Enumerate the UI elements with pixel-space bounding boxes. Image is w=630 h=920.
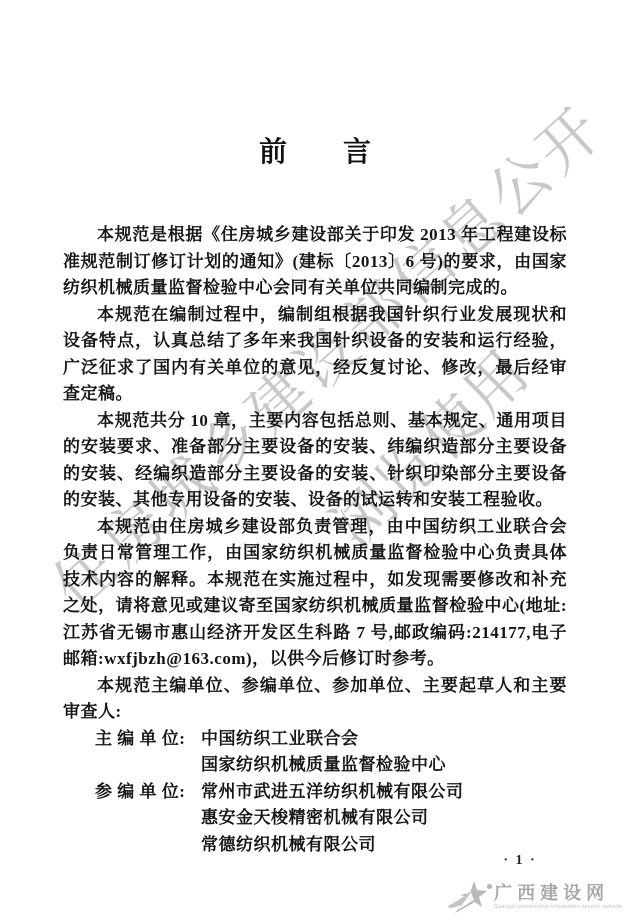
- editor-units: 主 编 单 位: 中国纺织工业联合会 国家纺织机械质量监督检验中心 参 编 单 …: [63, 726, 567, 859]
- co-editor-row: 参 编 单 位: 常州市武进五洋纺织机械有限公司 惠安金天梭精密机械有限公司 常…: [63, 779, 567, 859]
- co-unit: 惠安金天梭精密机械有限公司: [201, 805, 567, 832]
- co-editor-names: 常州市武进五洋纺织机械有限公司 惠安金天梭精密机械有限公司 常德纺织机械有限公司: [201, 779, 567, 859]
- paragraph-management: 本规范由住房城乡建设部负责管理，由中国纺织工业联合会负责日常管理工作，由国家纺织…: [63, 514, 567, 673]
- page-title: 前 言: [63, 136, 567, 170]
- page-content: 前 言 本规范是根据《住房城乡建设部关于印发 2013 年工程建设标准规范制订修…: [63, 0, 567, 858]
- logo-dot: [487, 884, 492, 889]
- document-page: 住房城乡建设部信息公开 浏览使用 前 言 本规范是根据《住房城乡建设部关于印发 …: [0, 0, 630, 920]
- logo-tagline: Guangxi construction information service…: [494, 905, 622, 910]
- co-editor-label: 参 编 单 位:: [95, 779, 201, 859]
- logo-wordmark: 广西建设网: [494, 884, 622, 902]
- chief-unit: 中国纺织工业联合会: [201, 726, 567, 753]
- chief-editor-names: 中国纺织工业联合会 国家纺织机械质量监督检验中心: [201, 726, 567, 779]
- paragraph-basis: 本规范是根据《住房城乡建设部关于印发 2013 年工程建设标准规范制订修订计划的…: [63, 222, 567, 302]
- body-text: 本规范是根据《住房城乡建设部关于印发 2013 年工程建设标准规范制订修订计划的…: [63, 222, 567, 858]
- co-unit: 常州市武进五洋纺织机械有限公司: [201, 779, 567, 806]
- chief-editor-label: 主 编 单 位:: [95, 726, 201, 779]
- site-logo: 广西建设网 Guangxi construction information s…: [446, 880, 622, 914]
- gxcic-star-icon: [446, 880, 490, 914]
- logo-text: 广西建设网 Guangxi construction information s…: [494, 884, 622, 910]
- paragraph-drafting-process: 本规范在编制过程中，编制组根据我国针织行业发展现状和设备特点，认真总结了多年来我…: [63, 302, 567, 408]
- page-number: · 1 ·: [480, 853, 560, 869]
- paragraph-units-intro: 本规范主编单位、参编单位、参加单位、主要起草人和主要审查人:: [63, 673, 567, 726]
- chief-unit: 国家纺织机械质量监督检验中心: [201, 752, 567, 779]
- paragraph-contents: 本规范共分 10 章，主要内容包括总则、基本规定、通用项目的安装要求、准备部分主…: [63, 408, 567, 514]
- chief-editor-row: 主 编 单 位: 中国纺织工业联合会 国家纺织机械质量监督检验中心: [63, 726, 567, 779]
